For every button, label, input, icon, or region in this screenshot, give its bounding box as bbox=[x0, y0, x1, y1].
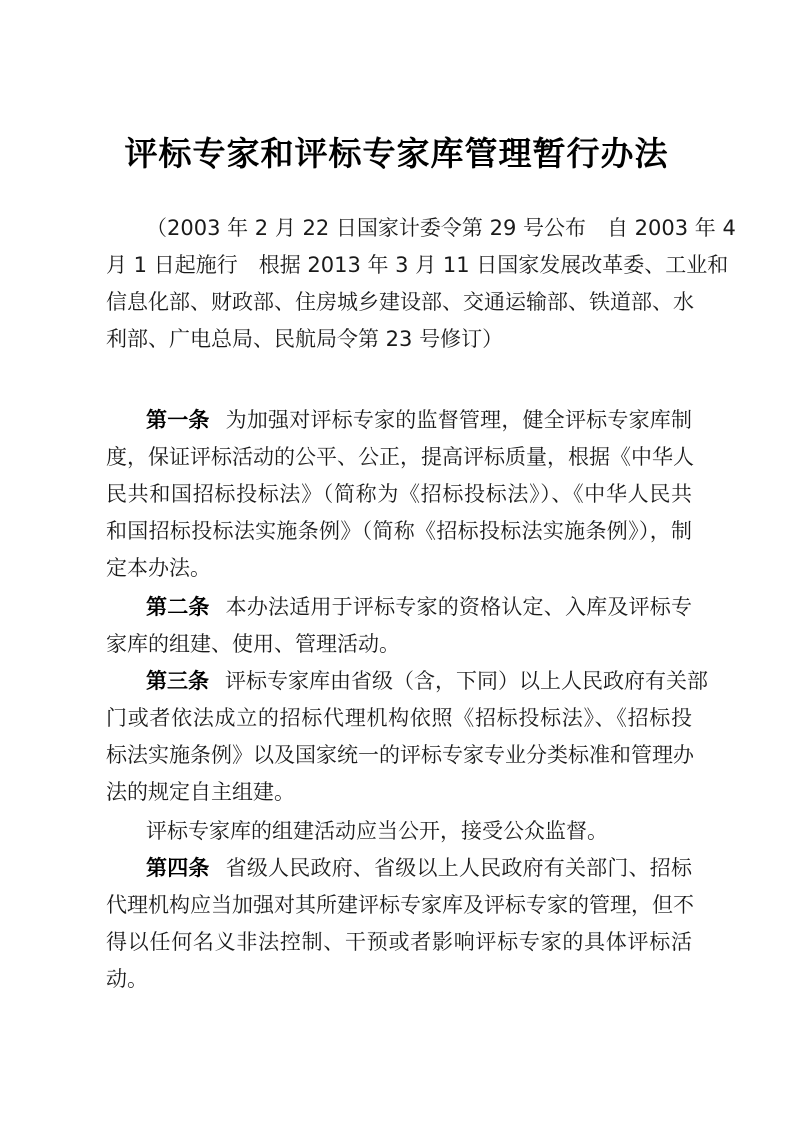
article-line: 得以任何名义非法控制、干预或者影响评标专家的具体评标活 bbox=[106, 924, 692, 961]
article-line: 和国招标投标法实施条例》（简称《招标投标法实施条例》），制 bbox=[106, 513, 692, 550]
document-page: 评标专家和评标专家库管理暂行办法 （2003 年 2 月 22 日国家计委令第 … bbox=[0, 0, 793, 1122]
preamble-line: 信息化部、财政部、住房城乡建设部、交通运输部、铁道部、水 bbox=[106, 284, 692, 321]
article-label: 第一条 bbox=[146, 408, 210, 432]
article-line: 代理机构应当加强对其所建评标专家库及评标专家的管理，但不 bbox=[106, 887, 692, 924]
article-text: 评标专家库由省级（含，下同）以上人民政府有关部 bbox=[225, 669, 708, 693]
article-line: 定本办法。 bbox=[106, 550, 692, 587]
preamble-line: 利部、广电总局、民航局令第 23 号修订） bbox=[106, 321, 692, 358]
article-text: 本办法适用于评标专家的资格认定、入库及评标专 bbox=[226, 595, 692, 619]
article-label: 第二条 bbox=[146, 595, 210, 619]
document-title: 评标专家和评标专家库管理暂行办法 bbox=[0, 130, 793, 178]
article-line: 度，保证评标活动的公平、公正，提高评标质量，根据《中华人 bbox=[106, 439, 692, 476]
article-text: 为加强对评标专家的监督管理，健全评标专家库制 bbox=[226, 408, 692, 432]
article-first-line: 第三条评标专家库由省级（含，下同）以上人民政府有关部 bbox=[146, 663, 692, 700]
article-first-line: 第一条为加强对评标专家的监督管理，健全评标专家库制 bbox=[146, 402, 692, 439]
article-line: 家库的组建、使用、管理活动。 bbox=[106, 626, 692, 663]
article-extra-paragraph: 评标专家库的组建活动应当公开，接受公众监督。 bbox=[146, 813, 692, 850]
article-label: 第三条 bbox=[146, 669, 209, 693]
article-line: 法的规定自主组建。 bbox=[106, 774, 692, 811]
preamble-line: （2003 年 2 月 22 日国家计委令第 29 号公布 自 2003 年 4 bbox=[146, 210, 692, 247]
article-line: 民共和国招标投标法》（简称为《招标投标法》）、《中华人民共 bbox=[106, 476, 692, 513]
article-line: 动。 bbox=[106, 961, 692, 998]
article-first-line: 第四条省级人民政府、省级以上人民政府有关部门、招标 bbox=[146, 850, 692, 887]
article-text: 省级人民政府、省级以上人民政府有关部门、招标 bbox=[226, 856, 692, 880]
article-label: 第四条 bbox=[146, 856, 210, 880]
article-line: 门或者依法成立的招标代理机构依照《招标投标法》、《招标投 bbox=[106, 700, 692, 737]
article-line: 标法实施条例》以及国家统一的评标专家专业分类标准和管理办 bbox=[106, 737, 692, 774]
article-first-line: 第二条本办法适用于评标专家的资格认定、入库及评标专 bbox=[146, 589, 692, 626]
preamble-line: 月 1 日起施行 根据 2013 年 3 月 11 日国家发展改革委、工业和 bbox=[106, 247, 692, 284]
